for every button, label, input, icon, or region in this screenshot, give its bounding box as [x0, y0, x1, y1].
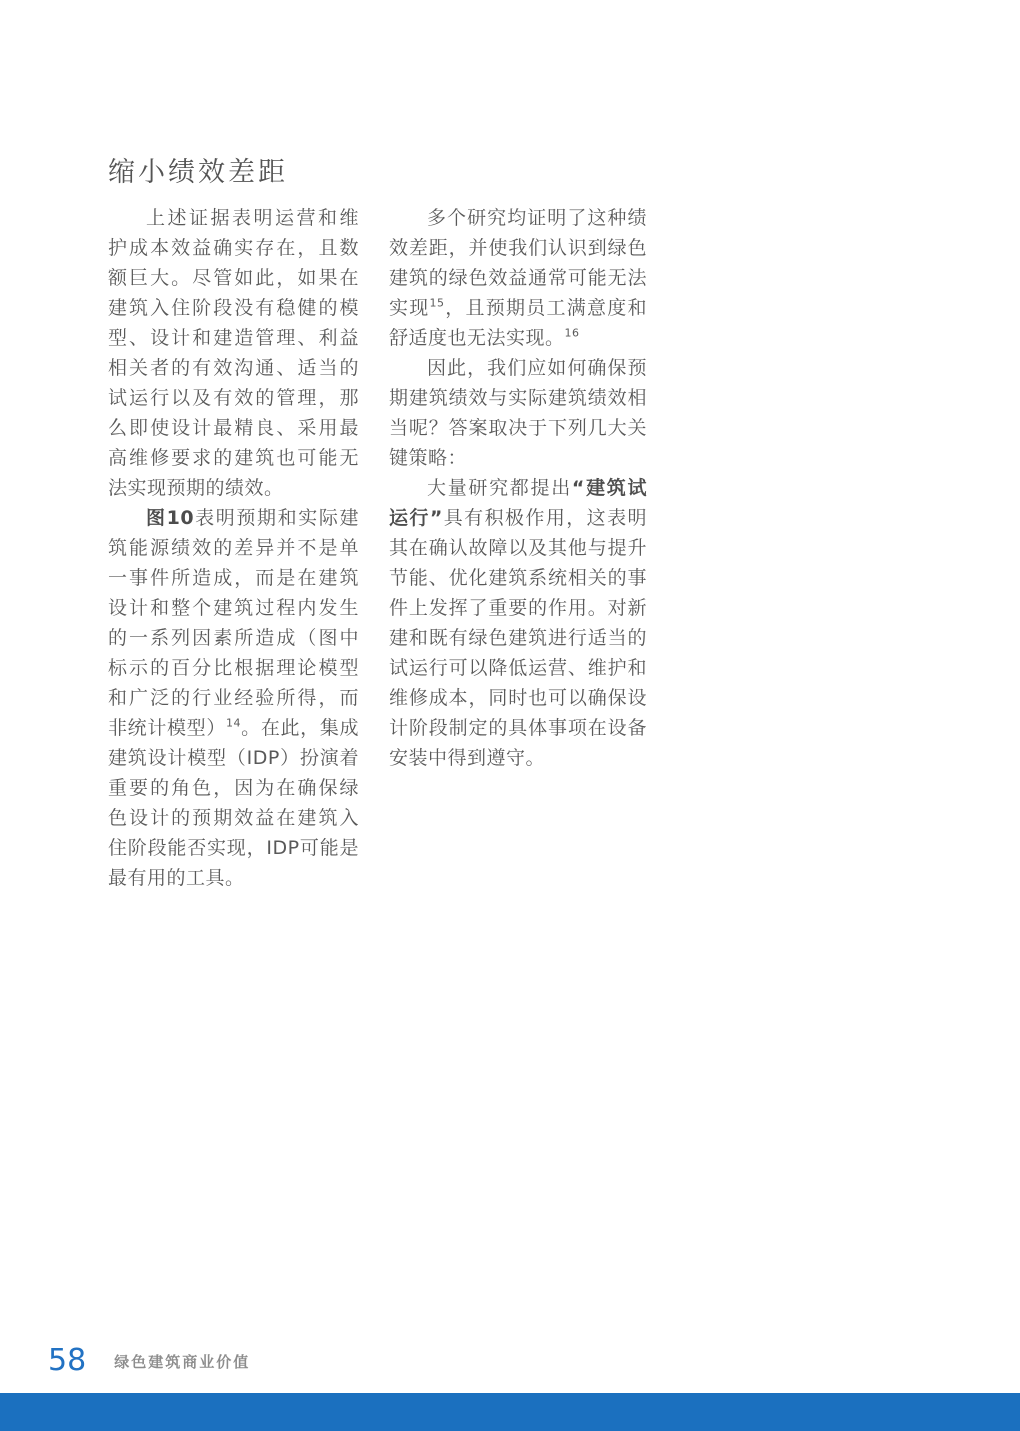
- paragraph-text: 大量研究都提出: [427, 477, 572, 499]
- paragraph: 多个研究均证明了这种绩效差距，并使我们认识到绿色建筑的绿色效益通常可能无法实现1…: [389, 203, 647, 353]
- paragraph: 大量研究都提出“建筑试运行”具有积极作用，这表明其在确认故障以及其他与提升节能、…: [389, 473, 647, 773]
- left-column: 上述证据表明运营和维护成本效益确实存在，且数额巨大。尽管如此，如果在建筑入住阶段…: [108, 203, 359, 893]
- section-title: 缩小绩效差距: [108, 156, 647, 190]
- paragraph: 上述证据表明运营和维护成本效益确实存在，且数额巨大。尽管如此，如果在建筑入住阶段…: [108, 203, 359, 503]
- footer-doc-title: 绿色建筑商业价值: [114, 1351, 250, 1372]
- paragraph: 因此，我们应如何确保预期建筑绩效与实际建筑绩效相当呢？答案取决于下列几大关键策略…: [389, 353, 647, 473]
- footnote-marker: 14: [226, 717, 241, 730]
- bottom-accent-bar: [0, 1393, 1020, 1431]
- document-page: 缩小绩效差距 上述证据表明运营和维护成本效益确实存在，且数额巨大。尽管如此，如果…: [0, 0, 1020, 1431]
- figure-reference: 图10: [146, 507, 194, 529]
- paragraph-text: 上述证据表明运营和维护成本效益确实存在，且数额巨大。尽管如此，如果在建筑入住阶段…: [108, 207, 359, 499]
- footnote-marker: 16: [565, 327, 580, 340]
- page-footer: 58 绿色建筑商业价值: [48, 1343, 250, 1379]
- paragraph-text: 表明预期和实际建筑能源绩效的差异并不是单一事件所造成，而是在建筑设计和整个建筑过…: [108, 507, 359, 739]
- two-column-layout: 上述证据表明运营和维护成本效益确实存在，且数额巨大。尽管如此，如果在建筑入住阶段…: [108, 203, 647, 893]
- paragraph-text: 因此，我们应如何确保预期建筑绩效与实际建筑绩效相当呢？答案取决于下列几大关键策略…: [389, 357, 647, 469]
- footnote-marker: 15: [430, 297, 445, 310]
- page-content: 缩小绩效差距 上述证据表明运营和维护成本效益确实存在，且数额巨大。尽管如此，如果…: [108, 156, 647, 893]
- page-number: 58: [48, 1343, 86, 1379]
- paragraph-text: 。在此，集成建筑设计模型（IDP）扮演着重要的角色，因为在确保绿色设计的预期效益…: [108, 717, 359, 889]
- paragraph-text: 具有积极作用，这表明其在确认故障以及其他与提升节能、优化建筑系统相关的事件上发挥…: [389, 507, 647, 769]
- paragraph: 图10表明预期和实际建筑能源绩效的差异并不是单一事件所造成，而是在建筑设计和整个…: [108, 503, 359, 893]
- right-column: 多个研究均证明了这种绩效差距，并使我们认识到绿色建筑的绿色效益通常可能无法实现1…: [389, 203, 647, 773]
